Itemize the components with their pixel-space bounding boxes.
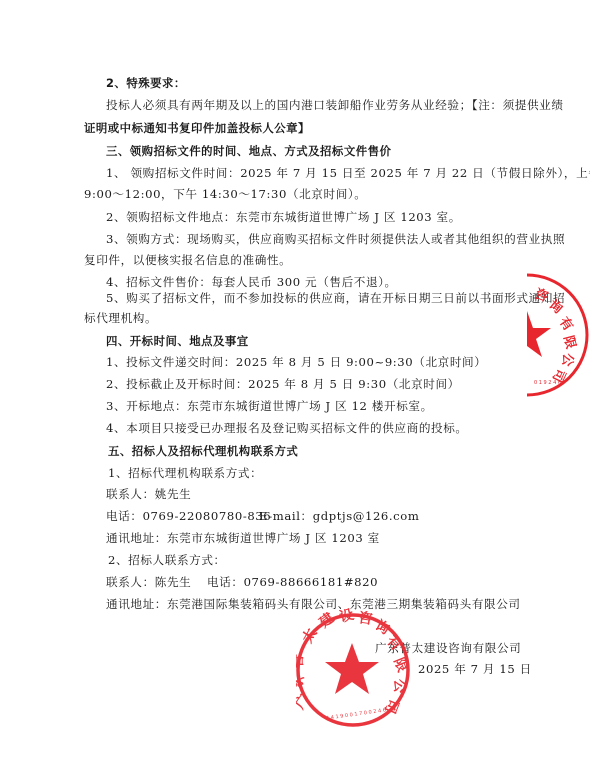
svg-text:东: 东 (296, 673, 308, 692)
document-line: 1、 领购招标文件时间：2025 年 7 月 15 日至 2025 年 7 月 … (106, 165, 590, 181)
document-line: 2、招标人联系方式： (108, 552, 226, 568)
document-line: 复印件，以便核实报名信息的准确性。 (84, 252, 291, 268)
svg-text:咨: 咨 (533, 286, 551, 305)
document-line: 3、领购方式：现场购买，供应商购买招标文件时须提供法人或者其他组织的营业执照 (106, 231, 565, 247)
svg-text:有: 有 (383, 632, 405, 654)
seam-seal-icon: 咨 询 有 限 公 司 0 1 9 2 4 6 (527, 271, 590, 399)
document-line: E-mail：gdptjs@126.com (259, 508, 419, 524)
document-line: 证明或中标通知书复印件加盖投标人公章】 (84, 120, 310, 136)
document-line: 联系人：姚先生 (106, 486, 191, 502)
svg-text:有: 有 (556, 314, 577, 334)
document-line: 三、领购招标文件的时间、地点、方式及招标文件售价 (106, 143, 391, 159)
svg-text:询: 询 (546, 297, 566, 318)
svg-text:普: 普 (296, 654, 306, 668)
document-line: 电话：0769-22080780-836 (106, 508, 271, 524)
document-line: 4、本项目只接受已办理报名及登记购买招标文件的供应商的投标。 (106, 420, 468, 436)
document-line: 联系人：陈先生 (106, 574, 191, 590)
document-line: 2、投标截止及开标时间：2025 年 8 月 5 日 9:30（北京时间） (106, 376, 460, 392)
svg-text:设: 设 (338, 606, 356, 626)
document-line: 标代理机构。 (84, 310, 157, 326)
document-line: 2、特殊要求： (106, 75, 186, 91)
document-line: 投标人必须具有两年期及以上的国内港口装卸船作业劳务从业经验；【注：须提供业绩 (106, 97, 564, 113)
document-line: 四、开标时间、地点及事宜 (106, 333, 249, 349)
document-line: 9:00～12:00，下午 14:30～17:30（北京时间）。 (84, 186, 366, 202)
document-line: 5、购买了招标文件，而不参加投标的供应商，请在开标日期三日前以书面形式通知招 (106, 290, 565, 306)
signature-date: 2025 年 7 月 15 日 (418, 661, 532, 677)
document-line: 2、领购招标文件地点：东莞市东城街道世博广场 J 区 1203 室。 (106, 209, 461, 225)
svg-text:公: 公 (559, 353, 575, 368)
svg-text:公: 公 (391, 679, 407, 694)
svg-text:限: 限 (560, 334, 578, 350)
svg-text:0 1 9 2 4 6: 0 1 9 2 4 6 (534, 380, 561, 386)
document-line: 3、开标地点：东莞市东城街道世博广场 J 区 12 楼开标室。 (106, 398, 433, 414)
document-line: 五、招标人及招标代理机构联系方式 (108, 443, 298, 459)
document-line: 通讯地址：东莞市东城街道世博广场 J 区 1203 室 (106, 530, 380, 546)
svg-text:咨: 咨 (357, 609, 373, 628)
document-line: 1、招标代理机构联系方式： (108, 465, 262, 481)
document-line: 电话：0769-88666181#820 (207, 574, 378, 590)
document-line: 4、招标文件售价：每套人民币 300 元（售后不退）。 (106, 274, 397, 290)
company-seal-icon: 广 东 普 太 建 设 咨 询 有 限 公 司 4 4 1 9 0 0 1 7 … (296, 606, 412, 732)
document-line: 1、投标文件递交时间：2025 年 8 月 5 日 9:00~9:30（北京时间… (106, 354, 486, 370)
